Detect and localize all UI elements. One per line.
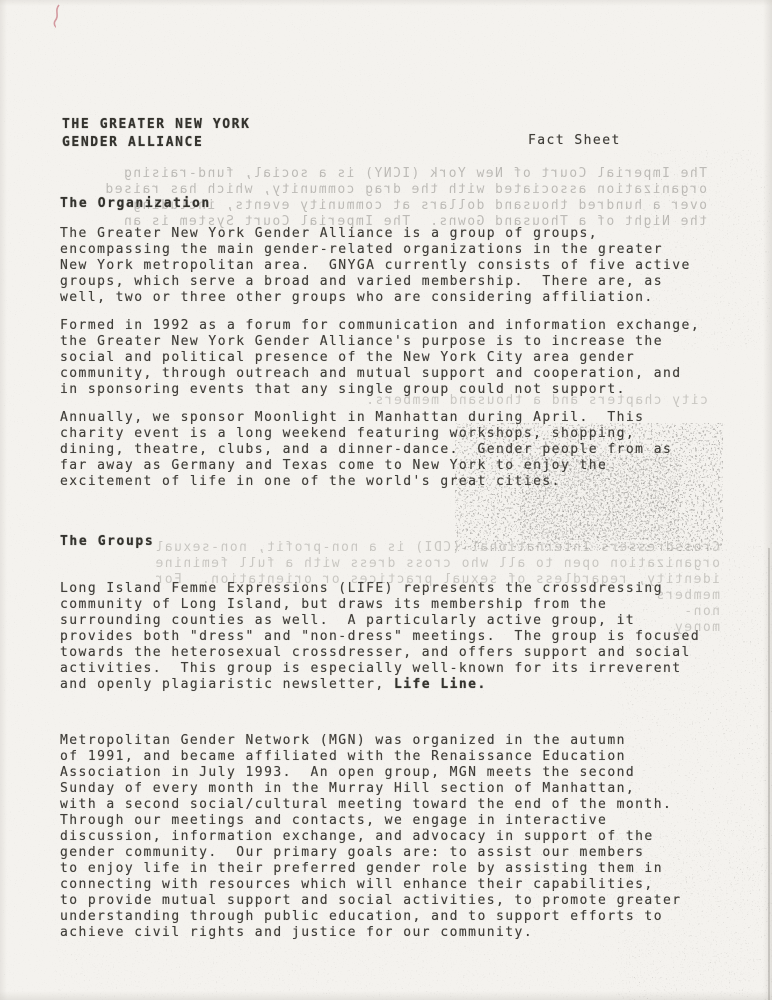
organization-paragraph-2: Formed in 1992 as a forum for communicat… — [60, 318, 700, 398]
org-name-line1: THE GREATER NEW YORK — [62, 117, 251, 133]
scan-edge-artifact — [768, 548, 770, 1000]
org-name-line2: GENDER ALLIANCE — [62, 135, 203, 151]
groups-paragraph-life: Long Island Femme Expressions (LIFE) rep… — [60, 581, 700, 693]
organization-paragraph-1: The Greater New York Gender Alliance is … — [60, 226, 691, 306]
groups-paragraph-mgn: Metropolitan Gender Network (MGN) was or… — [60, 733, 682, 941]
life-newsletter-name: Life Line. — [394, 677, 487, 692]
doc-type-label: Fact Sheet — [528, 133, 621, 149]
section-heading-organization: The Organization — [60, 196, 211, 212]
organization-paragraph-3: Annually, we sponsor Moonlight in Manhat… — [60, 410, 672, 490]
pen-mark — [50, 3, 64, 29]
section-heading-groups: The Groups — [60, 534, 154, 550]
life-paragraph-text: Long Island Femme Expressions (LIFE) rep… — [60, 581, 700, 692]
scanned-document-page: The Imperial Court of New York (ICNY) is… — [0, 0, 772, 1000]
